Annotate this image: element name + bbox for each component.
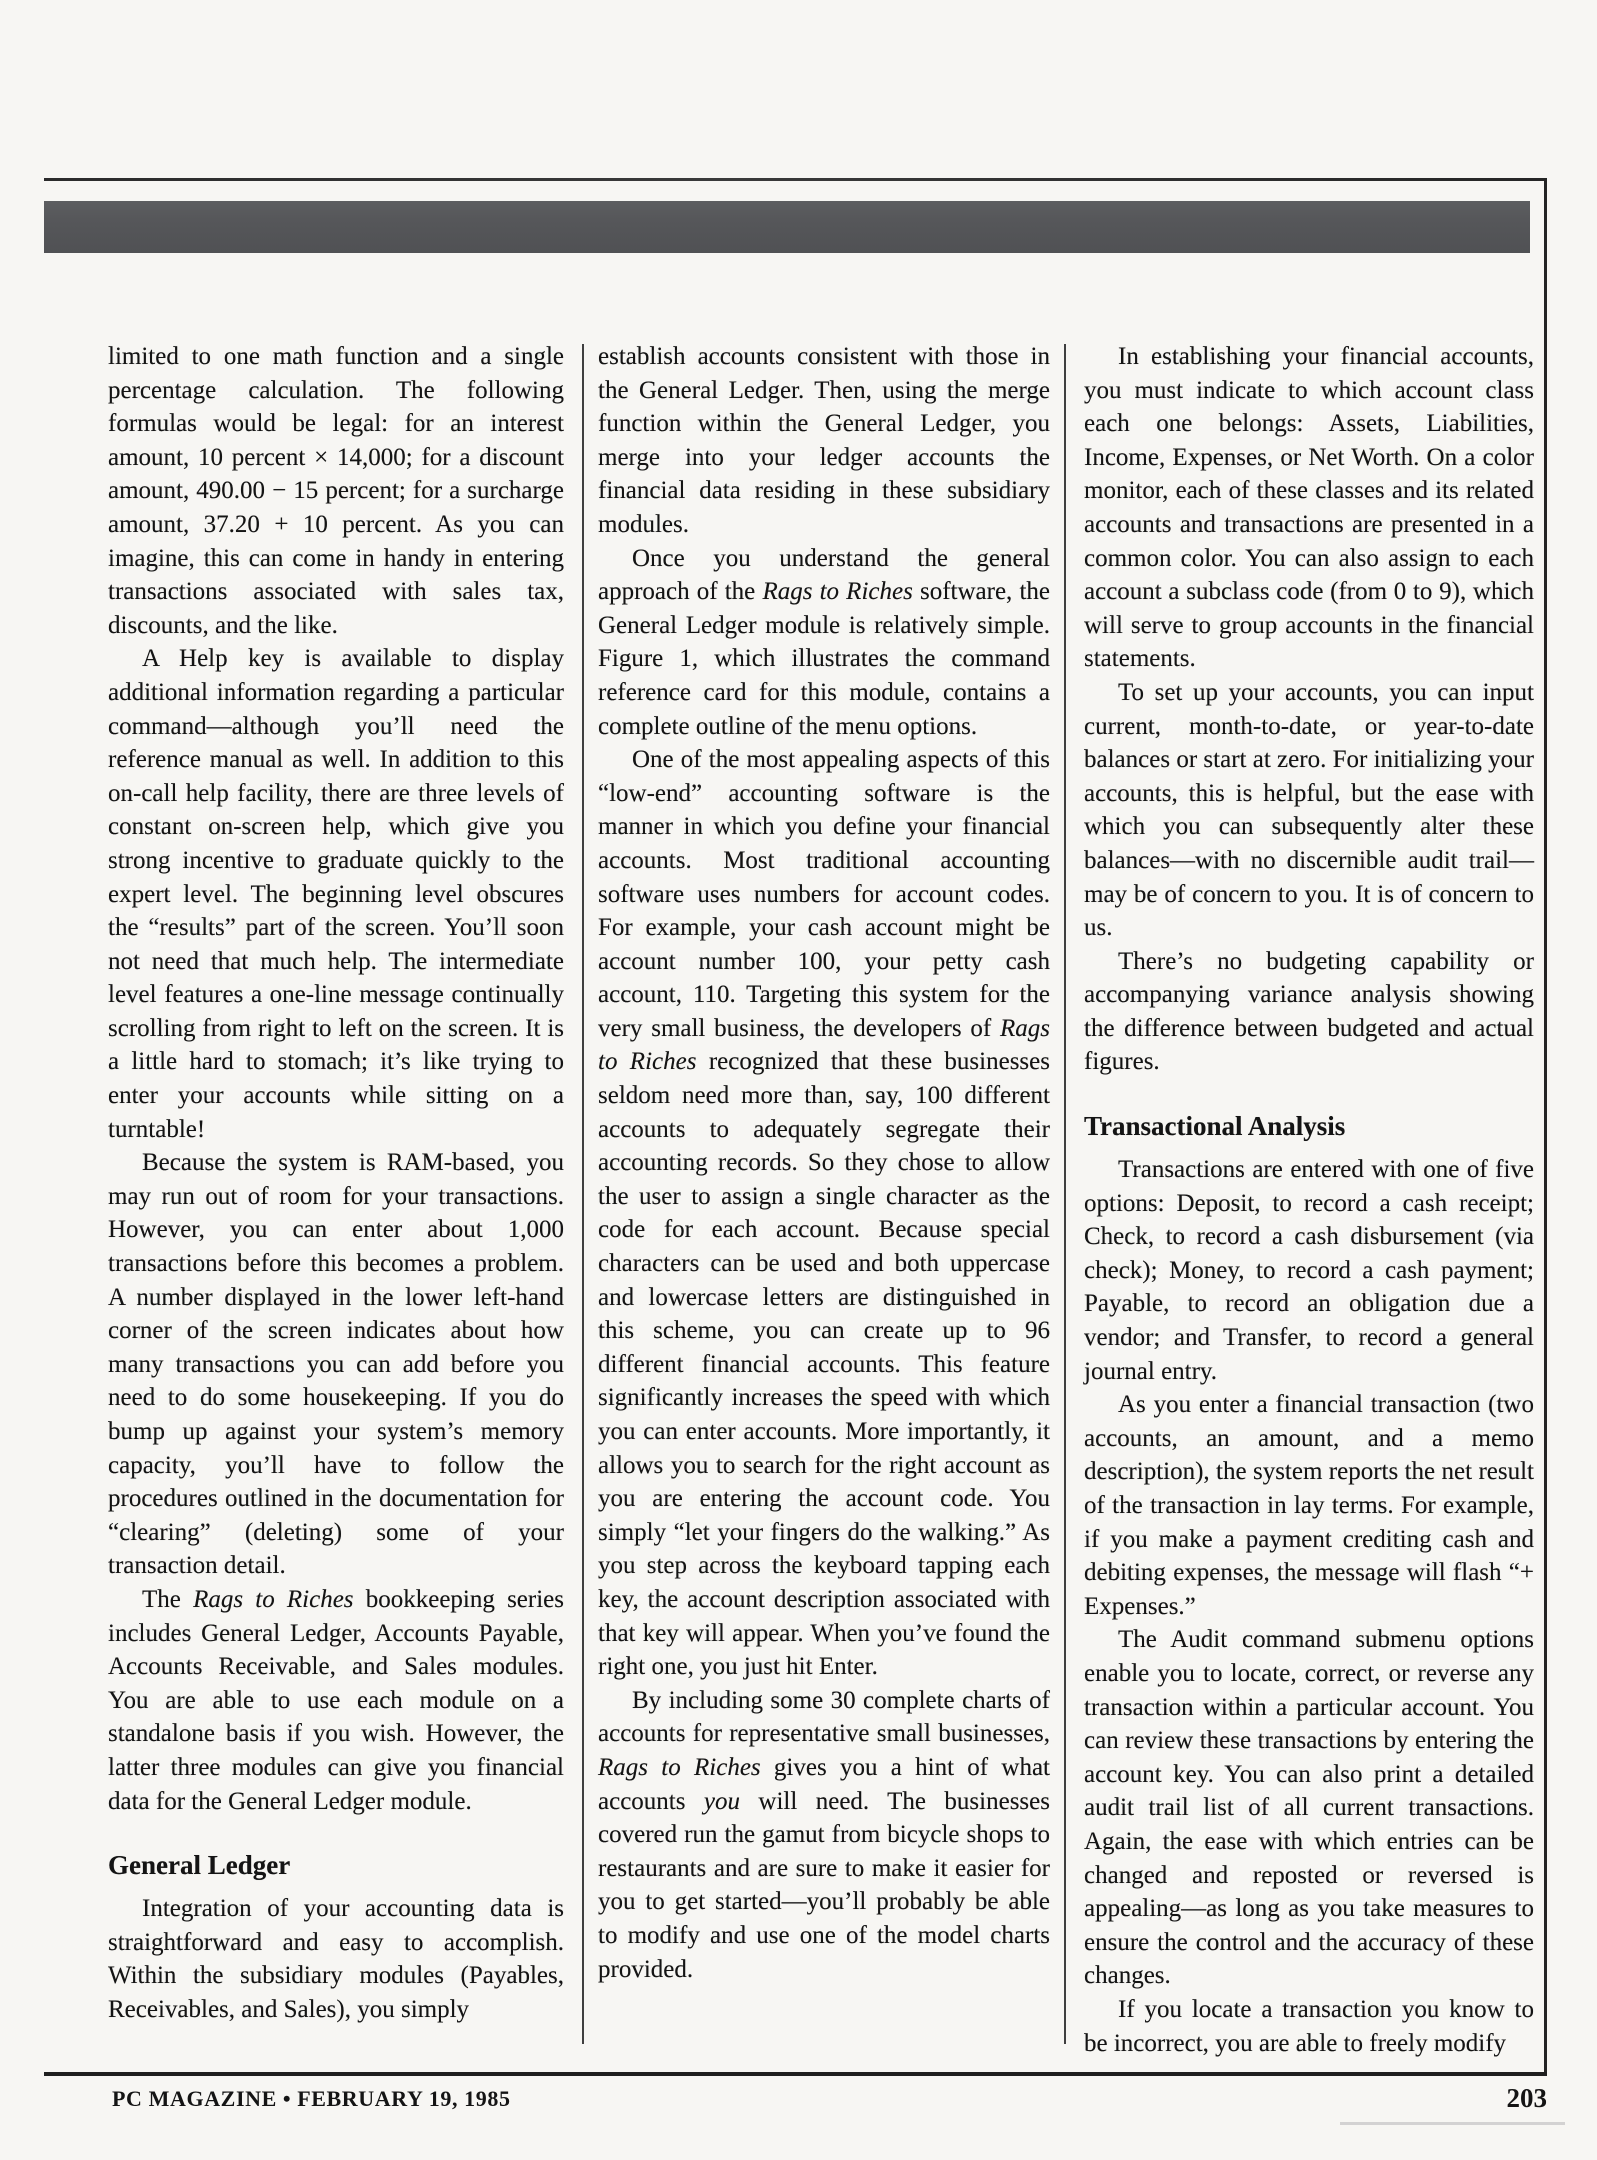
text-run: recognized that these businesses seldom … (598, 1048, 1050, 1680)
footer-bullet-icon: • (277, 2086, 297, 2111)
paragraph: As you enter a financial transaction (tw… (1084, 1388, 1534, 1623)
italic-text: Rags to Riches (193, 1586, 353, 1613)
text-run: Transactional Analysis (1084, 1111, 1345, 1141)
text-run: bookkeeping series includes General Ledg… (108, 1586, 564, 1815)
magazine-page: limited to one math function and a singl… (0, 0, 1597, 2160)
paragraph: The Rags to Riches bookkeeping series in… (108, 1583, 564, 1818)
paragraph: There’s no budgeting capability or accom… (1084, 945, 1534, 1079)
paragraph: Once you understand the general approach… (598, 542, 1050, 744)
text-run: There’s no budgeting capability or accom… (1084, 948, 1534, 1076)
column-divider-2 (1064, 344, 1066, 2044)
footer-rule (44, 2072, 1547, 2076)
text-run: If you locate a transaction you know to … (1084, 1996, 1534, 2057)
text-run: Transactions are entered with one of fiv… (1084, 1156, 1534, 1385)
paragraph: To set up your accounts, you can input c… (1084, 676, 1534, 945)
article-column-3: In establishing your financial accounts,… (1084, 340, 1534, 2060)
top-rule (44, 178, 1546, 181)
text-run: The Audit command submenu options enable… (1084, 1626, 1534, 1989)
paragraph: Integration of your accounting data is s… (108, 1892, 564, 2026)
page-number: 203 (1507, 2083, 1548, 2114)
paragraph: establish accounts consistent with those… (598, 340, 1050, 542)
text-run: A Help key is available to display addit… (108, 645, 564, 1142)
text-run: General Ledger (108, 1850, 290, 1880)
text-run: To set up your accounts, you can input c… (1084, 679, 1534, 941)
paragraph: Because the system is RAM-based, you may… (108, 1146, 564, 1583)
text-run: As you enter a financial transaction (tw… (1084, 1391, 1534, 1620)
article-column-1: limited to one math function and a singl… (108, 340, 564, 2027)
paragraph: Transactions are entered with one of fiv… (1084, 1153, 1534, 1388)
italic-text: you (704, 1788, 740, 1815)
paragraph: The Audit command submenu options enable… (1084, 1623, 1534, 1993)
article-column-2: establish accounts consistent with those… (598, 340, 1050, 1986)
text-run: establish accounts consistent with those… (598, 343, 1050, 538)
text-run: will need. The businesses covered run th… (598, 1788, 1050, 1983)
paragraph: In establishing your financial accounts,… (1084, 340, 1534, 676)
italic-text: Rags to Riches (598, 1754, 761, 1781)
text-run: By including some 30 complete charts of … (598, 1687, 1050, 1748)
scan-artifact-line (1340, 2122, 1565, 2125)
text-run: One of the most appealing aspects of thi… (598, 746, 1050, 1042)
section-heading: Transactional Analysis (1084, 1109, 1534, 1143)
section-heading: General Ledger (108, 1848, 564, 1882)
text-run: The (142, 1586, 193, 1613)
header-bar (44, 201, 1530, 253)
paragraph: If you locate a transaction you know to … (1084, 1993, 1534, 2060)
text-run: Integration of your accounting data is s… (108, 1895, 564, 2023)
paragraph: One of the most appealing aspects of thi… (598, 743, 1050, 1684)
footer-magazine-name: PC MAGAZINE (112, 2086, 277, 2111)
page-right-border (1544, 178, 1547, 2076)
italic-text: Rags to Riches (762, 578, 912, 605)
text-run: In establishing your financial accounts,… (1084, 343, 1534, 672)
paragraph: limited to one math function and a singl… (108, 340, 564, 642)
footer-magazine-date: PC MAGAZINE•FEBRUARY 19, 1985 (112, 2086, 511, 2112)
paragraph: By including some 30 complete charts of … (598, 1684, 1050, 1986)
text-run: Because the system is RAM-based, you may… (108, 1149, 564, 1579)
column-divider-1 (582, 344, 584, 2044)
paragraph: A Help key is available to display addit… (108, 642, 564, 1146)
text-run: limited to one math function and a singl… (108, 343, 564, 639)
footer-date: FEBRUARY 19, 1985 (297, 2086, 510, 2111)
